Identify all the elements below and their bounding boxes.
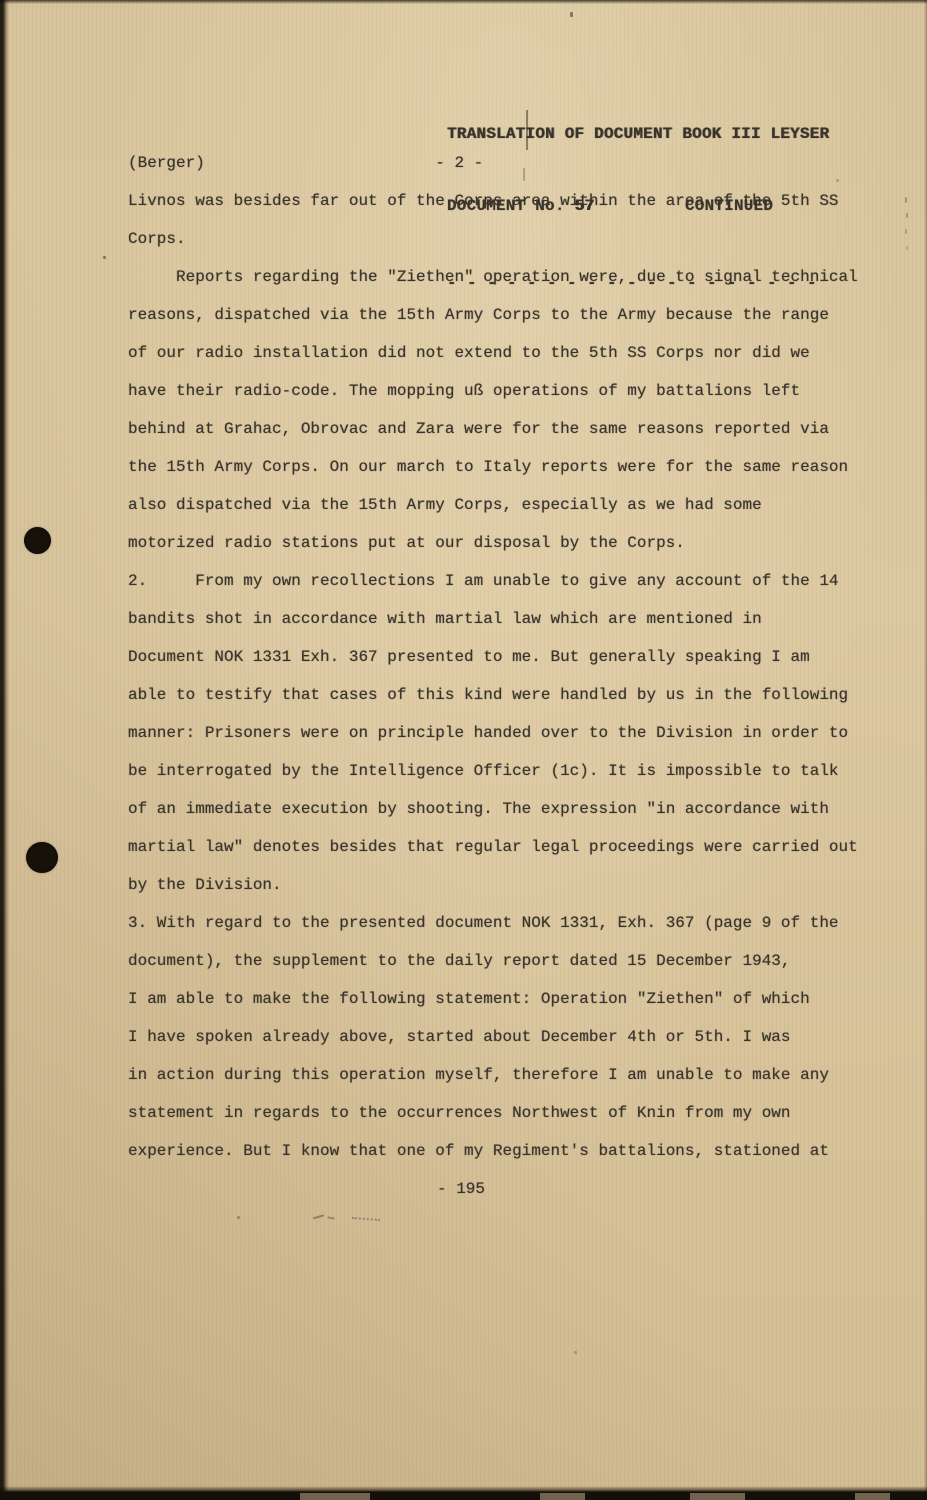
paper-speck [103, 256, 106, 259]
pencil-scribble [327, 1210, 336, 1219]
paper-edge-notch [855, 1493, 890, 1500]
pencil-scribble [237, 1216, 240, 1219]
paper-edge-left [0, 0, 9, 1500]
ink-smudge-mark [526, 110, 528, 150]
paper-edge-notch [300, 1493, 370, 1500]
document-body-text: (Berger) - 2 - Livnos was besides far ou… [128, 144, 858, 1170]
paper-speck [836, 179, 839, 182]
paper-speck [906, 213, 908, 218]
paper-speck [905, 197, 907, 203]
paper-speck [906, 246, 908, 250]
pencil-scribble [311, 1207, 324, 1220]
paper-speck [570, 12, 573, 17]
paper-edge-bottom [0, 1486, 927, 1500]
ink-smudge-mark [523, 168, 525, 181]
document-page: TRANSLATION OF DOCUMENT BOOK III LEYSER … [0, 0, 927, 1500]
paper-edge-notch [690, 1493, 745, 1500]
paper-edge-top [0, 0, 927, 4]
paper-edge-notch [540, 1493, 585, 1500]
hole-punch-bottom [26, 842, 58, 873]
page-number-footer: - 195 [437, 1170, 485, 1208]
pencil-scribble [352, 1211, 380, 1221]
paper-speck [905, 229, 907, 234]
hole-punch-top [24, 527, 51, 554]
header-title: TRANSLATION OF DOCUMENT BOOK III LEYSER [447, 122, 829, 146]
paper-speck [574, 1351, 577, 1354]
